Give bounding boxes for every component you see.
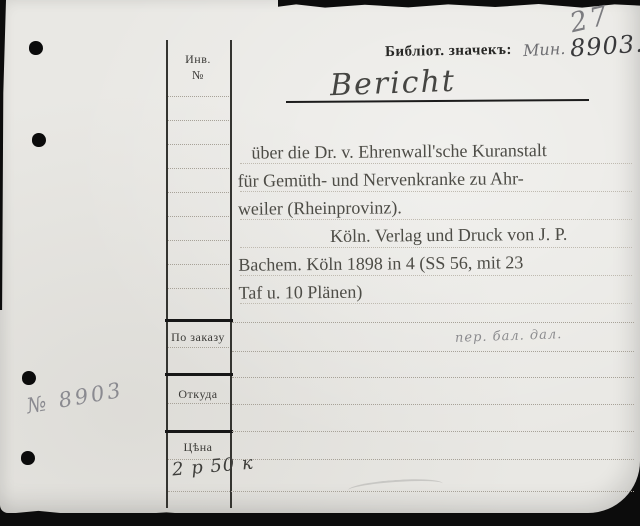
body-line: Taf u. 10 Plänen) [238,275,640,307]
row-rule [168,120,229,121]
ruled-line [232,322,634,323]
library-mark-label: Библіот. значекъ: [385,42,512,61]
row-rule [168,288,229,289]
body-line: über die Dr. v. Ehrenwall'sche Kuranstal… [237,135,639,167]
body-line: weiler (Rheinprovinz). [238,191,640,223]
row-rule [168,96,229,97]
price-label: Цѣна [167,440,229,455]
row-rule [168,216,229,217]
handwritten-body: über die Dr. v. Ehrenwall'sche Kuranstal… [237,135,640,307]
row-rule [168,144,229,145]
scanned-catalog-card: Инв. № По заказу Откуда Цѣна Библіот. зн… [0,0,640,526]
inventory-label-line2: № [167,68,229,83]
ruled-line [232,404,634,405]
row-rule [168,347,229,348]
by-order-label: По заказу [167,330,229,345]
section-rule [165,319,233,322]
section-rule [165,430,233,433]
section-rule [165,373,233,376]
library-mark-handwriting: Мин. [523,39,566,60]
body-line: für Gemüth- und Nervenkranke zu Ahr- [238,163,640,195]
row-rule [168,168,229,169]
ruled-line [232,377,634,378]
row-rule [168,240,229,241]
inventory-label-line1: Инв. [167,52,229,67]
ruled-line [232,459,634,460]
ruled-line [232,431,634,432]
card-title: Bericht [329,64,456,103]
body-line: Köln. Verlag und Druck von J. P. [238,219,640,251]
punch-hole [21,451,35,465]
body-line: Bachem. Köln 1898 in 4 (SS 56, mit 23 [238,247,640,279]
row-rule [168,192,229,193]
punch-hole [29,41,43,55]
punch-hole [22,371,36,385]
column-right-rule [230,40,232,508]
punch-hole [32,133,46,147]
ruled-line [232,351,634,352]
row-rule [168,403,229,404]
row-rule [168,264,229,265]
column-left-rule [166,40,168,508]
origin-label: Откуда [167,387,229,402]
